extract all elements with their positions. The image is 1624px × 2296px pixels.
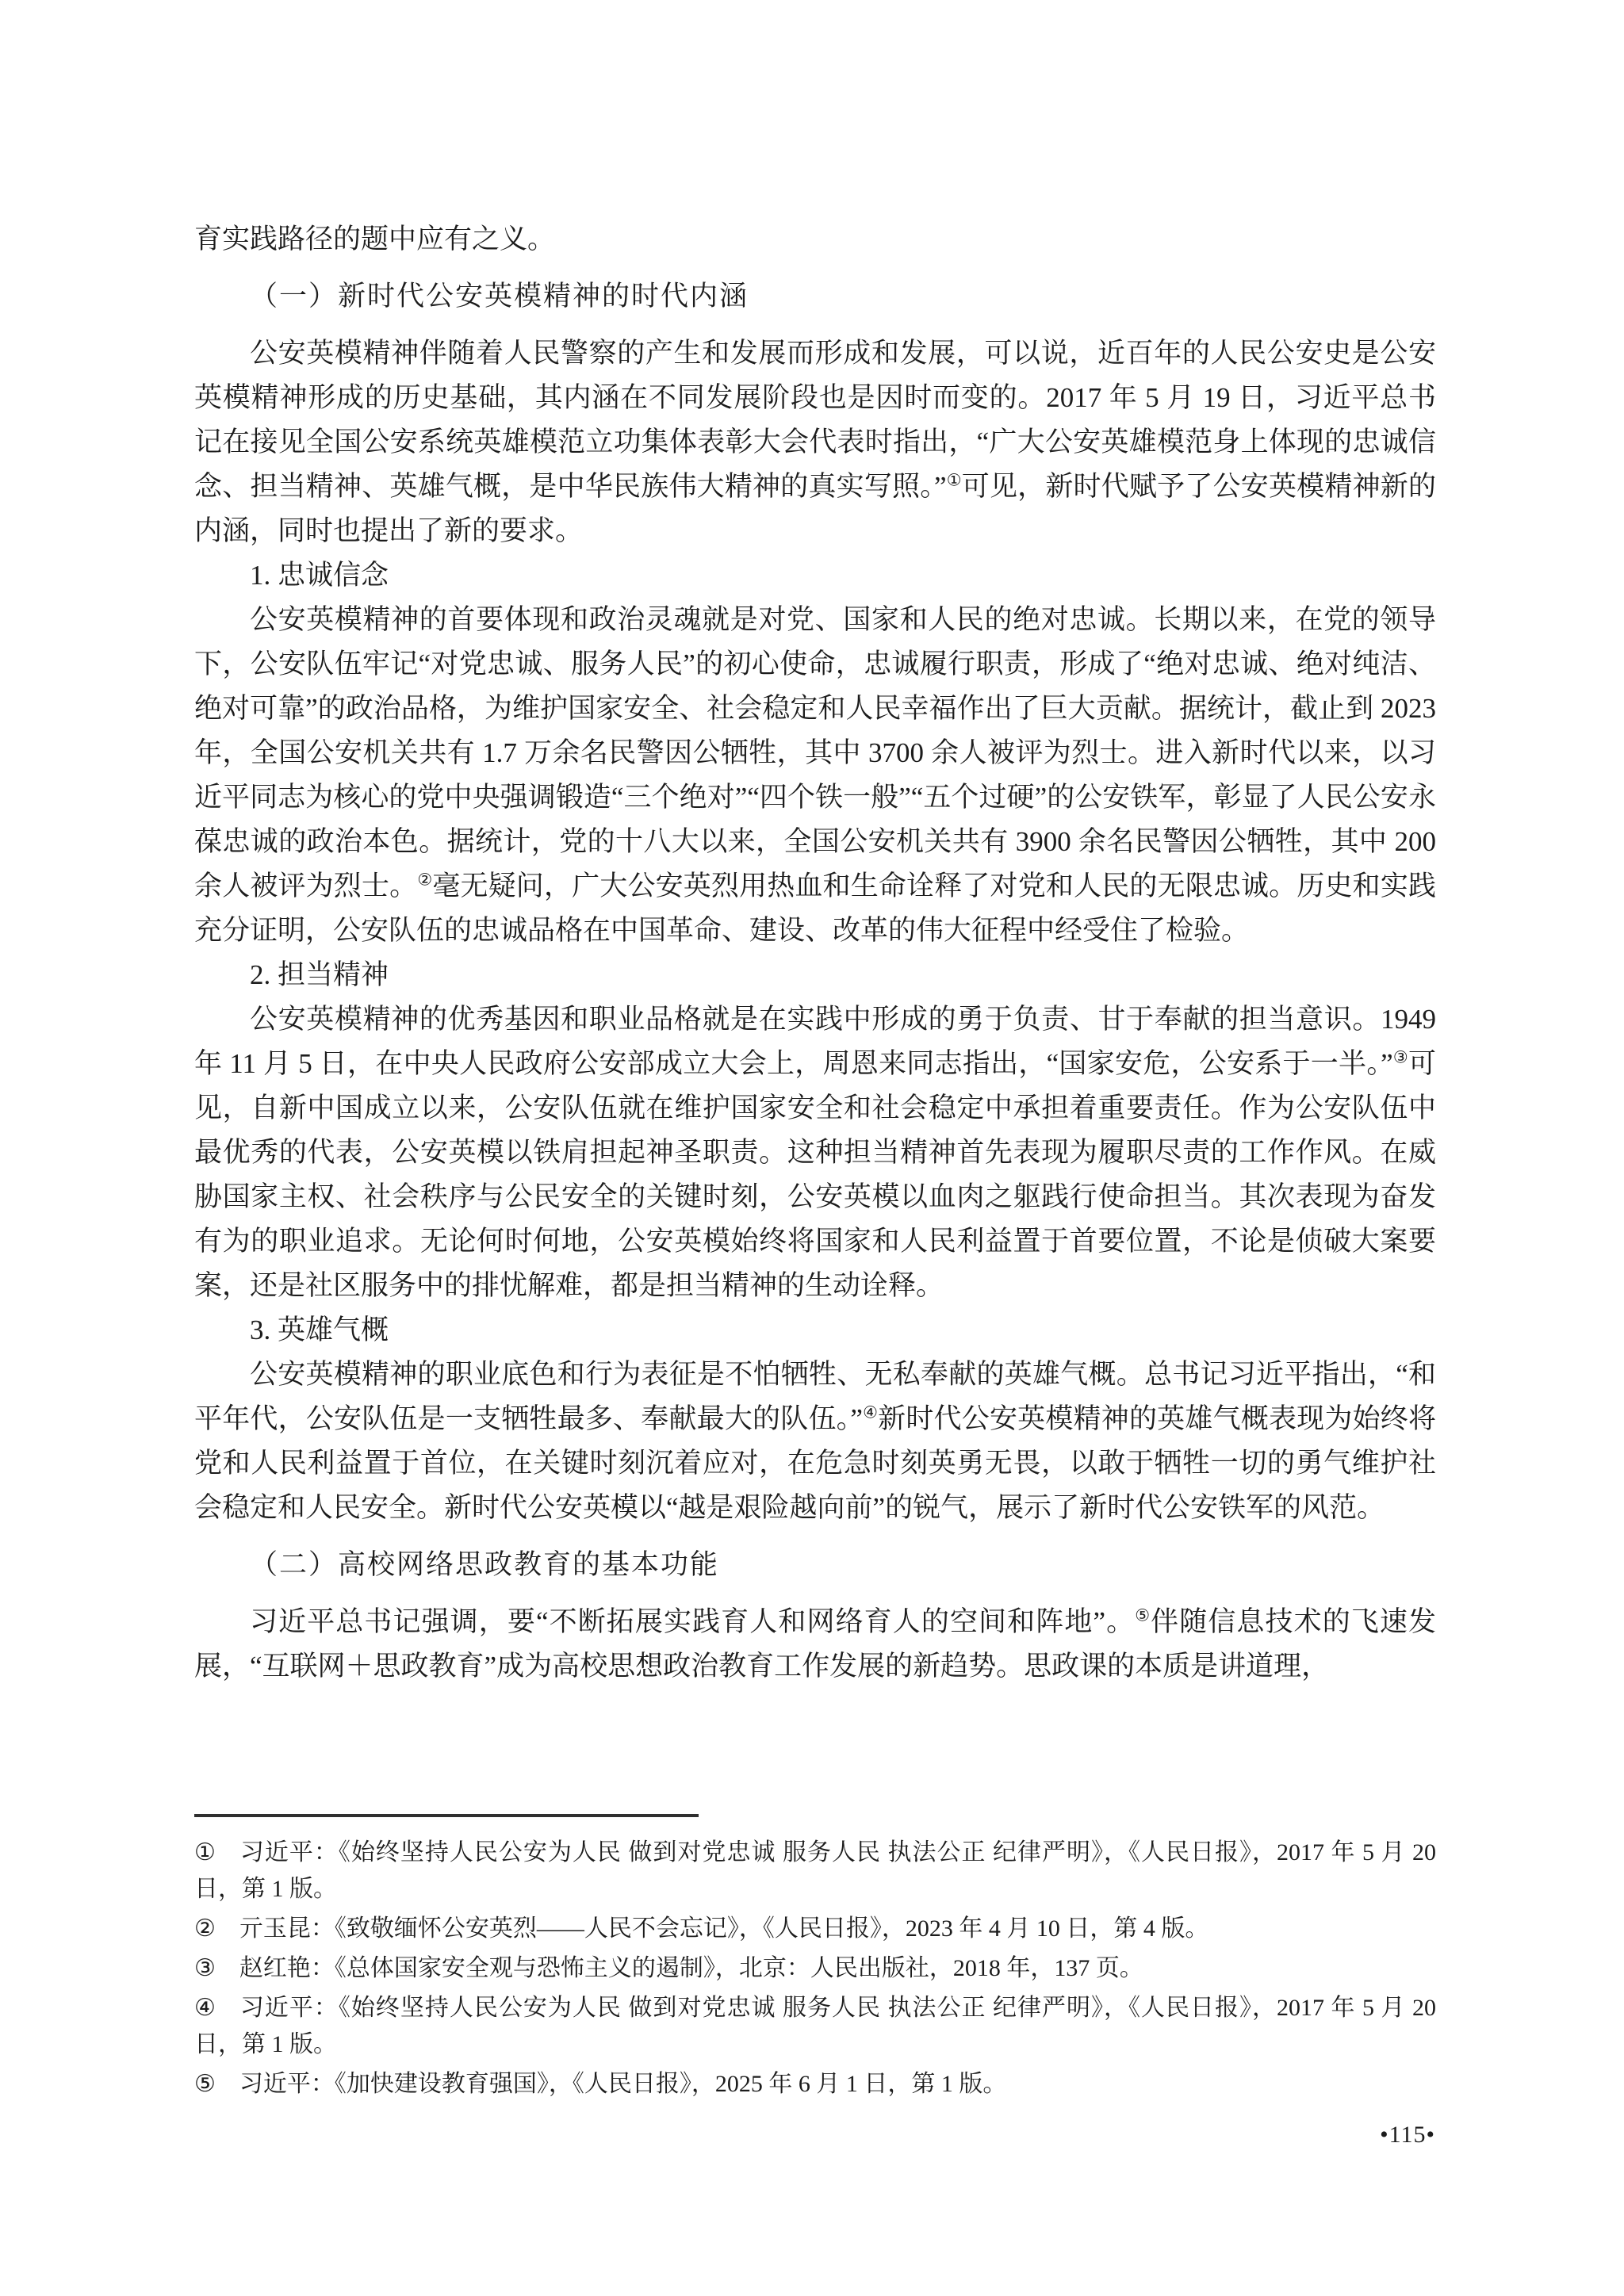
footnote-ref: ④: [863, 1402, 878, 1422]
body-text: 育实践路径的题中应有之义。 （一）新时代公安英模精神的时代内涵 公安英模精神伴随…: [194, 217, 1436, 1689]
paragraph: 公安英模精神的优秀基因和职业品格就是在实践中形成的勇于负责、甘于奉献的担当意识。…: [194, 997, 1436, 1308]
paragraph: 公安英模精神的首要体现和政治灵魂就是对党、国家和人民的绝对忠诚。长期以来，在党的…: [194, 598, 1436, 953]
paragraph-continuation: 育实践路径的题中应有之义。: [194, 217, 1436, 262]
subsection-heading-heroism: 3. 英雄气概: [194, 1308, 1436, 1353]
footnote-ref: ②: [417, 870, 432, 889]
paragraph: 公安英模精神的职业底色和行为表征是不怕牺牲、无私奉献的英雄气概。总书记习近平指出…: [194, 1353, 1436, 1530]
footnote-text: 习近平：《始终坚持人民公安为人民 做到对党忠诚 服务人民 执法公正 纪律严明》，…: [194, 1839, 1436, 1902]
footnote-number: ⑤: [194, 2071, 216, 2097]
footnote-text: 习近平：《加快建设教育强国》，《人民日报》，2025 年 6 月 1 日，第 1…: [239, 2071, 1007, 2097]
footnote-ref: ③: [1393, 1047, 1408, 1066]
footnote-number: ①: [194, 1839, 216, 1865]
subsection-heading-loyalty: 1. 忠诚信念: [194, 553, 1436, 598]
subsection-heading-responsibility: 2. 担当精神: [194, 953, 1436, 997]
footnote-number: ②: [194, 1915, 216, 1942]
footnote-text: 习近平：《始终坚持人民公安为人民 做到对党忠诚 服务人民 执法公正 纪律严明》，…: [194, 1995, 1436, 2057]
footnote-text: 赵红艳：《总体国家安全观与恐怖主义的遏制》，北京：人民出版社，2018 年，13…: [239, 1955, 1143, 1981]
footnote-item: ⑤习近平：《加快建设教育强国》，《人民日报》，2025 年 6 月 1 日，第 …: [194, 2066, 1436, 2103]
paragraph: 习近平总书记强调，要“不断拓展实践育人和网络育人的空间和阵地”。⑤伴随信息技术的…: [194, 1600, 1436, 1689]
section-heading-2: （二）高校网络思政教育的基本功能: [194, 1543, 1436, 1587]
page-number: •115•: [1380, 2122, 1435, 2149]
footnote-number: ④: [194, 1995, 216, 2021]
footnote-item: ③赵红艳：《总体国家安全观与恐怖主义的遏制》，北京：人民出版社，2018 年，1…: [194, 1950, 1436, 1987]
paragraph: 公安英模精神伴随着人民警察的产生和发展而形成和发展，可以说，近百年的人民公安史是…: [194, 331, 1436, 553]
footnote-area: ①习近平：《始终坚持人民公安为人民 做到对党忠诚 服务人民 执法公正 纪律严明》…: [194, 1814, 1436, 2106]
section-heading-1: （一）新时代公安英模精神的时代内涵: [194, 274, 1436, 319]
footnote-number: ③: [194, 1955, 216, 1981]
footnote-item: ②亓玉昆：《致敬缅怀公安英烈——人民不会忘记》，《人民日报》，2023 年 4 …: [194, 1911, 1436, 1947]
footnote-text: 亓玉昆：《致敬缅怀公安英烈——人民不会忘记》，《人民日报》，2023 年 4 月…: [239, 1915, 1209, 1942]
paper-page: 育实践路径的题中应有之义。 （一）新时代公安英模精神的时代内涵 公安英模精神伴随…: [0, 0, 1624, 2296]
footnote-item: ④习近平：《始终坚持人民公安为人民 做到对党忠诚 服务人民 执法公正 纪律严明》…: [194, 1990, 1436, 2063]
footnote-ref: ⑤: [1135, 1605, 1151, 1624]
footnote-item: ①习近平：《始终坚持人民公安为人民 做到对党忠诚 服务人民 执法公正 纪律严明》…: [194, 1835, 1436, 1908]
footnote-ref: ①: [947, 470, 962, 489]
footnote-separator: [194, 1814, 699, 1817]
